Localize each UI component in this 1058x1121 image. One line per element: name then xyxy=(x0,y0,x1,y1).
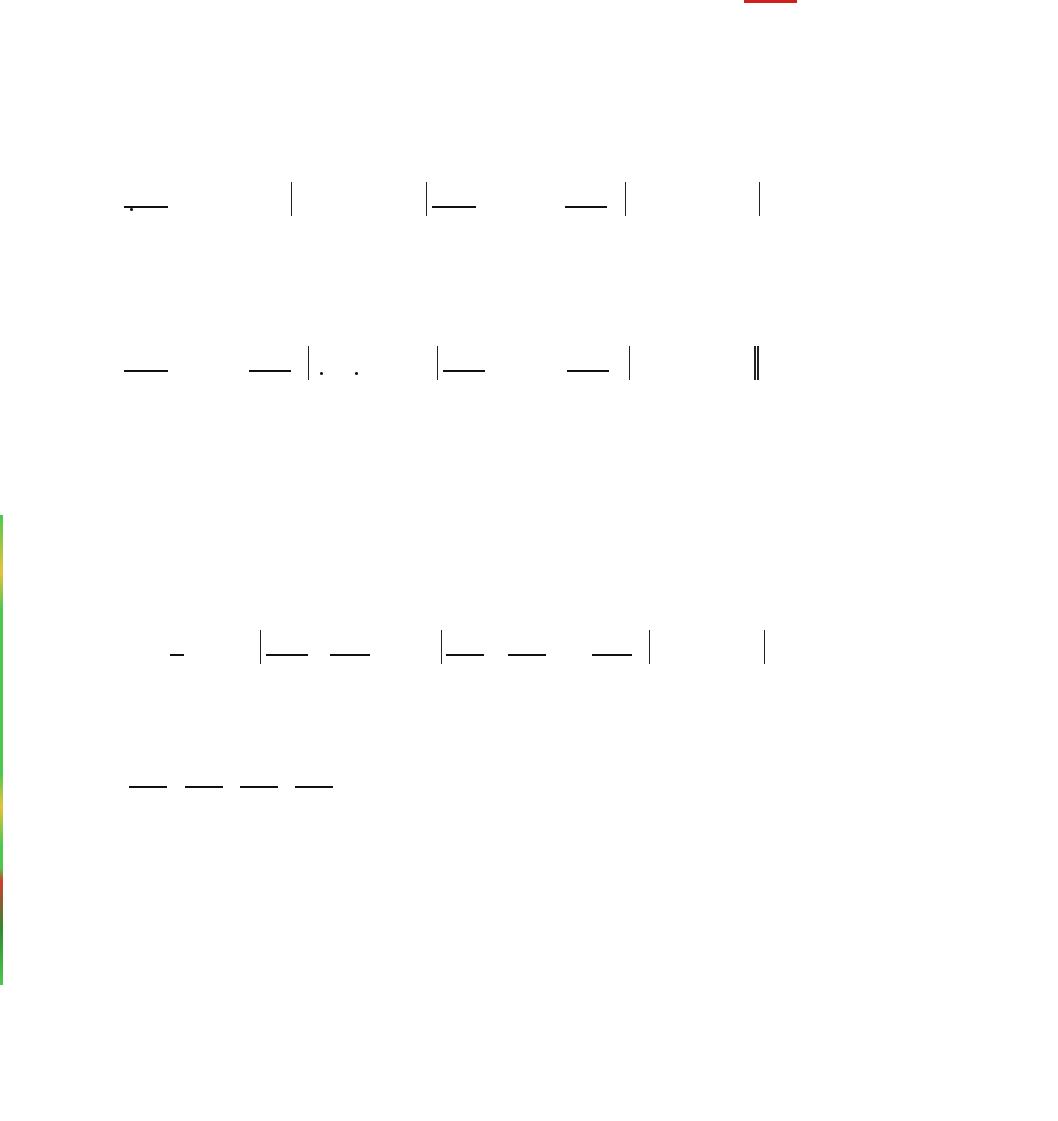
final-barline xyxy=(754,346,759,380)
underline-beam xyxy=(295,786,333,788)
underline-beam xyxy=(240,786,278,788)
underline-beam xyxy=(446,654,484,656)
underline-beam xyxy=(330,654,370,656)
underline-beam xyxy=(432,206,476,208)
barline xyxy=(649,630,650,664)
barline xyxy=(629,346,630,380)
notation-line xyxy=(0,346,1058,380)
key-signature xyxy=(140,122,146,139)
underline-beam xyxy=(249,370,291,372)
underline-beam xyxy=(170,654,184,656)
barline xyxy=(308,346,309,380)
underline-beam xyxy=(124,370,168,372)
key-signature xyxy=(144,564,150,581)
underline-beam xyxy=(508,654,546,656)
notation-line xyxy=(0,630,1058,664)
top-accent-bar xyxy=(744,0,797,3)
barline xyxy=(625,182,626,216)
underline-beam xyxy=(592,654,632,656)
notation-line xyxy=(0,182,1058,216)
barline xyxy=(260,630,261,664)
underline-beam xyxy=(443,370,485,372)
left-color-strip xyxy=(0,515,3,985)
underline-beam xyxy=(185,786,223,788)
barline xyxy=(291,182,292,216)
barline xyxy=(441,630,442,664)
underline-beam xyxy=(129,786,167,788)
barline xyxy=(437,346,438,380)
barline xyxy=(764,630,765,664)
barline xyxy=(759,182,760,216)
barline xyxy=(426,182,427,216)
underline-beam xyxy=(565,206,607,208)
notation-line xyxy=(0,762,1058,796)
underline-beam xyxy=(567,370,609,372)
underline-beam xyxy=(124,206,168,208)
underline-beam xyxy=(266,654,308,656)
